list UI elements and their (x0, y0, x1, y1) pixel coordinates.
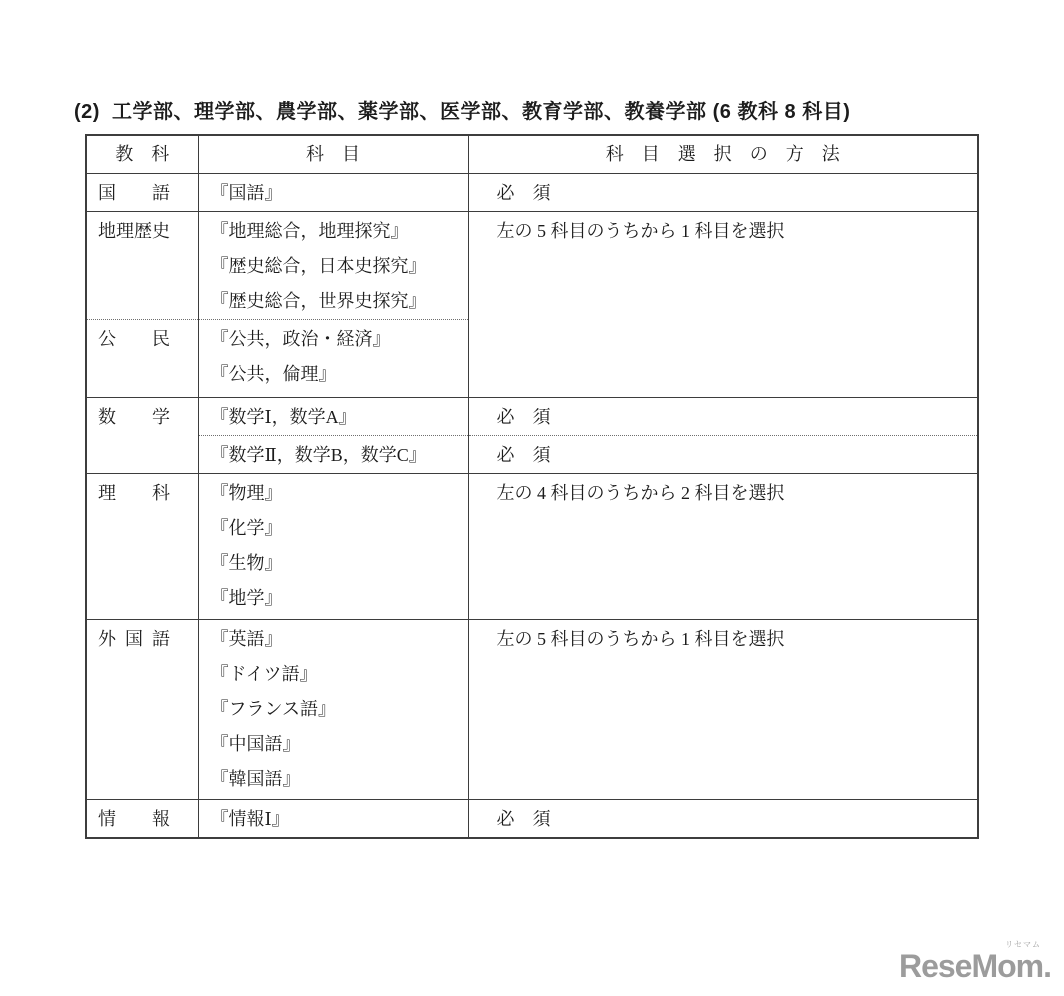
method-text: 必 須 (497, 176, 978, 211)
subject-area-label: 地理歴史 (98, 214, 170, 249)
subject-item: 『中国語』 (211, 727, 468, 762)
row-foreign-language: 外国語 『英語』 『ドイツ語』 『フランス語』 『中国語』 『韓国語』 左の 5… (86, 619, 978, 799)
subject-item: 『ドイツ語』 (211, 657, 468, 692)
row-math-1: 数学 『数学Ⅰ，数学A』 必 須 (86, 397, 978, 435)
row-math-2: 『数学Ⅱ，数学B，数学C』 必 須 (86, 435, 978, 473)
subject-item: 『地学』 (211, 581, 468, 616)
subject-item: 『歴史総合，日本史探究』 (211, 249, 468, 284)
subject-item: 『韓国語』 (211, 762, 468, 797)
subject-item: 『公共，政治・経済』 (211, 322, 468, 357)
row-geography-history: 地理歴史 『地理総合，地理探究』 『歴史総合，日本史探究』 『歴史総合，世界史探… (86, 211, 978, 319)
subject-item: 『生物』 (211, 546, 468, 581)
header-subject: 科 目 (198, 135, 468, 173)
subject-item: 『物理』 (211, 476, 468, 511)
subject-item: 『地理総合，地理探究』 (211, 214, 468, 249)
method-text: 左の 4 科目のうちから 2 科目を選択 (497, 476, 978, 511)
subject-area-label: 情報 (98, 802, 170, 837)
subject-item: 『数学Ⅰ，数学A』 (211, 400, 468, 435)
row-information: 情報 『情報Ⅰ』 必 須 (86, 799, 978, 838)
subject-area-label: 数学 (98, 400, 170, 435)
section-title: (2) 工学部、理学部、農学部、薬学部、医学部、教育学部、教養学部 (6 教科 … (74, 95, 850, 124)
method-text: 左の 5 科目のうちから 1 科目を選択 (497, 214, 978, 249)
subject-item: 『フランス語』 (211, 692, 468, 727)
subject-area-label: 外国語 (98, 622, 170, 657)
row-science: 理科 『物理』 『化学』 『生物』 『地学』 左の 4 科目のうちから 2 科目… (86, 473, 978, 619)
header-method: 科 目 選 択 の 方 法 (468, 135, 978, 173)
resemom-logo: ReseMom. (899, 950, 1051, 982)
method-text: 必 須 (497, 438, 978, 473)
table-header-row: 教 科 科 目 科 目 選 択 の 方 法 (86, 135, 978, 173)
subject-item: 『国語』 (211, 176, 468, 211)
subject-item: 『化学』 (211, 511, 468, 546)
subject-item: 『数学Ⅱ，数学B，数学C』 (211, 438, 468, 473)
method-text: 必 須 (497, 400, 978, 435)
subject-item: 『歴史総合，世界史探究』 (211, 284, 468, 319)
document-page: (2) 工学部、理学部、農学部、薬学部、医学部、教育学部、教養学部 (6 教科 … (0, 0, 1064, 996)
subject-area-label: 国語 (98, 176, 170, 211)
subject-area-label: 理科 (98, 476, 170, 511)
method-text: 左の 5 科目のうちから 1 科目を選択 (497, 622, 978, 657)
resemom-watermark: リセマム ReseMom. (899, 941, 1051, 982)
subject-area-label: 公民 (98, 322, 170, 357)
row-japanese: 国語 『国語』 必 須 (86, 173, 978, 211)
method-text: 必 須 (497, 802, 978, 837)
subject-selection-table: 教 科 科 目 科 目 選 択 の 方 法 国語 『国語』 必 須 地理歴史 『… (85, 134, 979, 839)
header-subject-area: 教 科 (86, 135, 198, 173)
subject-item: 『公共，倫理』 (211, 357, 468, 392)
subject-item: 『情報Ⅰ』 (211, 802, 468, 837)
subject-item: 『英語』 (211, 622, 468, 657)
